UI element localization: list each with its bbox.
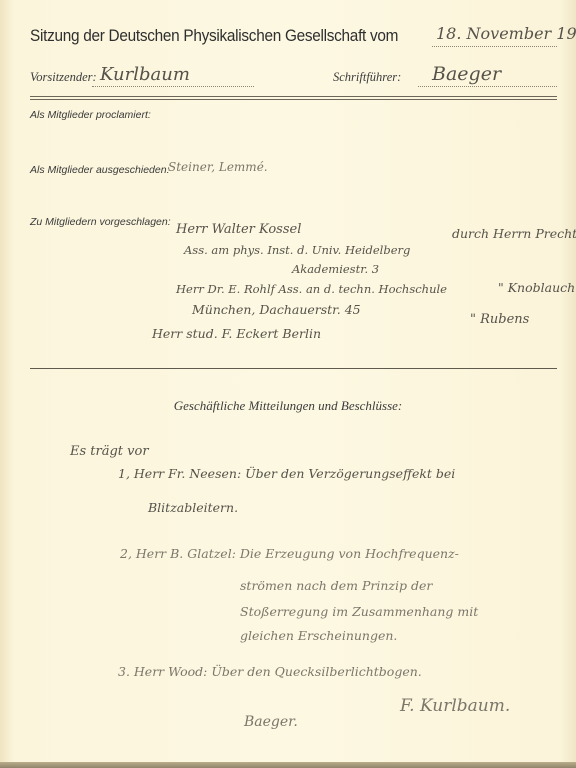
page-bottom-edge (0, 762, 576, 768)
chair-name: Kurlbaum (100, 64, 190, 85)
chair-signature: F. Kurlbaum. (400, 696, 510, 716)
proposed-1-proposer: durch Herrn Precht (452, 226, 576, 241)
talks-intro: Es trägt vor (70, 444, 149, 459)
section-rule (30, 368, 557, 369)
meeting-date: 18. November 1910 (436, 24, 576, 43)
proposed-label: Zu Mitgliedern vorgeschlagen: (30, 216, 171, 228)
chair-dotted-line (92, 86, 254, 87)
departed-label: Als Mitglieder ausgeschieden: (30, 164, 170, 176)
talk-3-line-1: 3. Herr Wood: Über den Quecksilberlichtb… (118, 664, 422, 679)
secretary-name: Baeger (432, 63, 501, 85)
proposed-2-line-1: Herr Dr. E. Rohlf Ass. an d. techn. Hoch… (176, 282, 447, 296)
secretary-signature: Baeger. (244, 714, 298, 730)
document-title: Sitzung der Deutschen Physikalischen Ges… (30, 27, 398, 46)
proposed-2-line-2: München, Dachauerstr. 45 (192, 302, 361, 317)
proposed-3-line-1: Herr stud. F. Eckert Berlin (152, 326, 321, 341)
proposed-2-proposer: " Knoblauch (498, 280, 575, 295)
proposed-1-line-2: Ass. am phys. Inst. d. Univ. Heidelberg (184, 243, 410, 257)
date-dotted-line (432, 46, 557, 47)
secretary-dotted-line (418, 86, 557, 87)
talk-1-line-2: Blitzableitern. (148, 500, 238, 515)
header-double-rule (30, 96, 557, 100)
proposed-1-line-3: Akademiestr. 3 (292, 262, 379, 276)
talk-1-line-1: 1, Herr Fr. Neesen: Über den Verzögerung… (118, 466, 455, 481)
business-heading: Geschäftliche Mitteilungen und Beschlüss… (0, 398, 576, 414)
proclaimed-label: Als Mitglieder proclamiert: (30, 109, 151, 121)
secretary-label: Schriftführer: (333, 70, 401, 85)
chair-label: Vorsitzender: (30, 70, 97, 85)
talk-2-line-4: gleichen Erscheinungen. (240, 628, 397, 643)
talk-2-line-1: 2, Herr B. Glatzel: Die Erzeugung von Ho… (120, 546, 459, 561)
talk-2-line-3: Stoßerregung im Zusammenhang mit (240, 604, 478, 619)
departed-members: Steiner, Lemmé. (168, 160, 268, 174)
proposed-1-line-1: Herr Walter Kossel (176, 222, 301, 237)
talk-2-line-2: strömen nach dem Prinzip der (240, 578, 432, 593)
proposed-3-proposer: " Rubens (470, 312, 529, 327)
